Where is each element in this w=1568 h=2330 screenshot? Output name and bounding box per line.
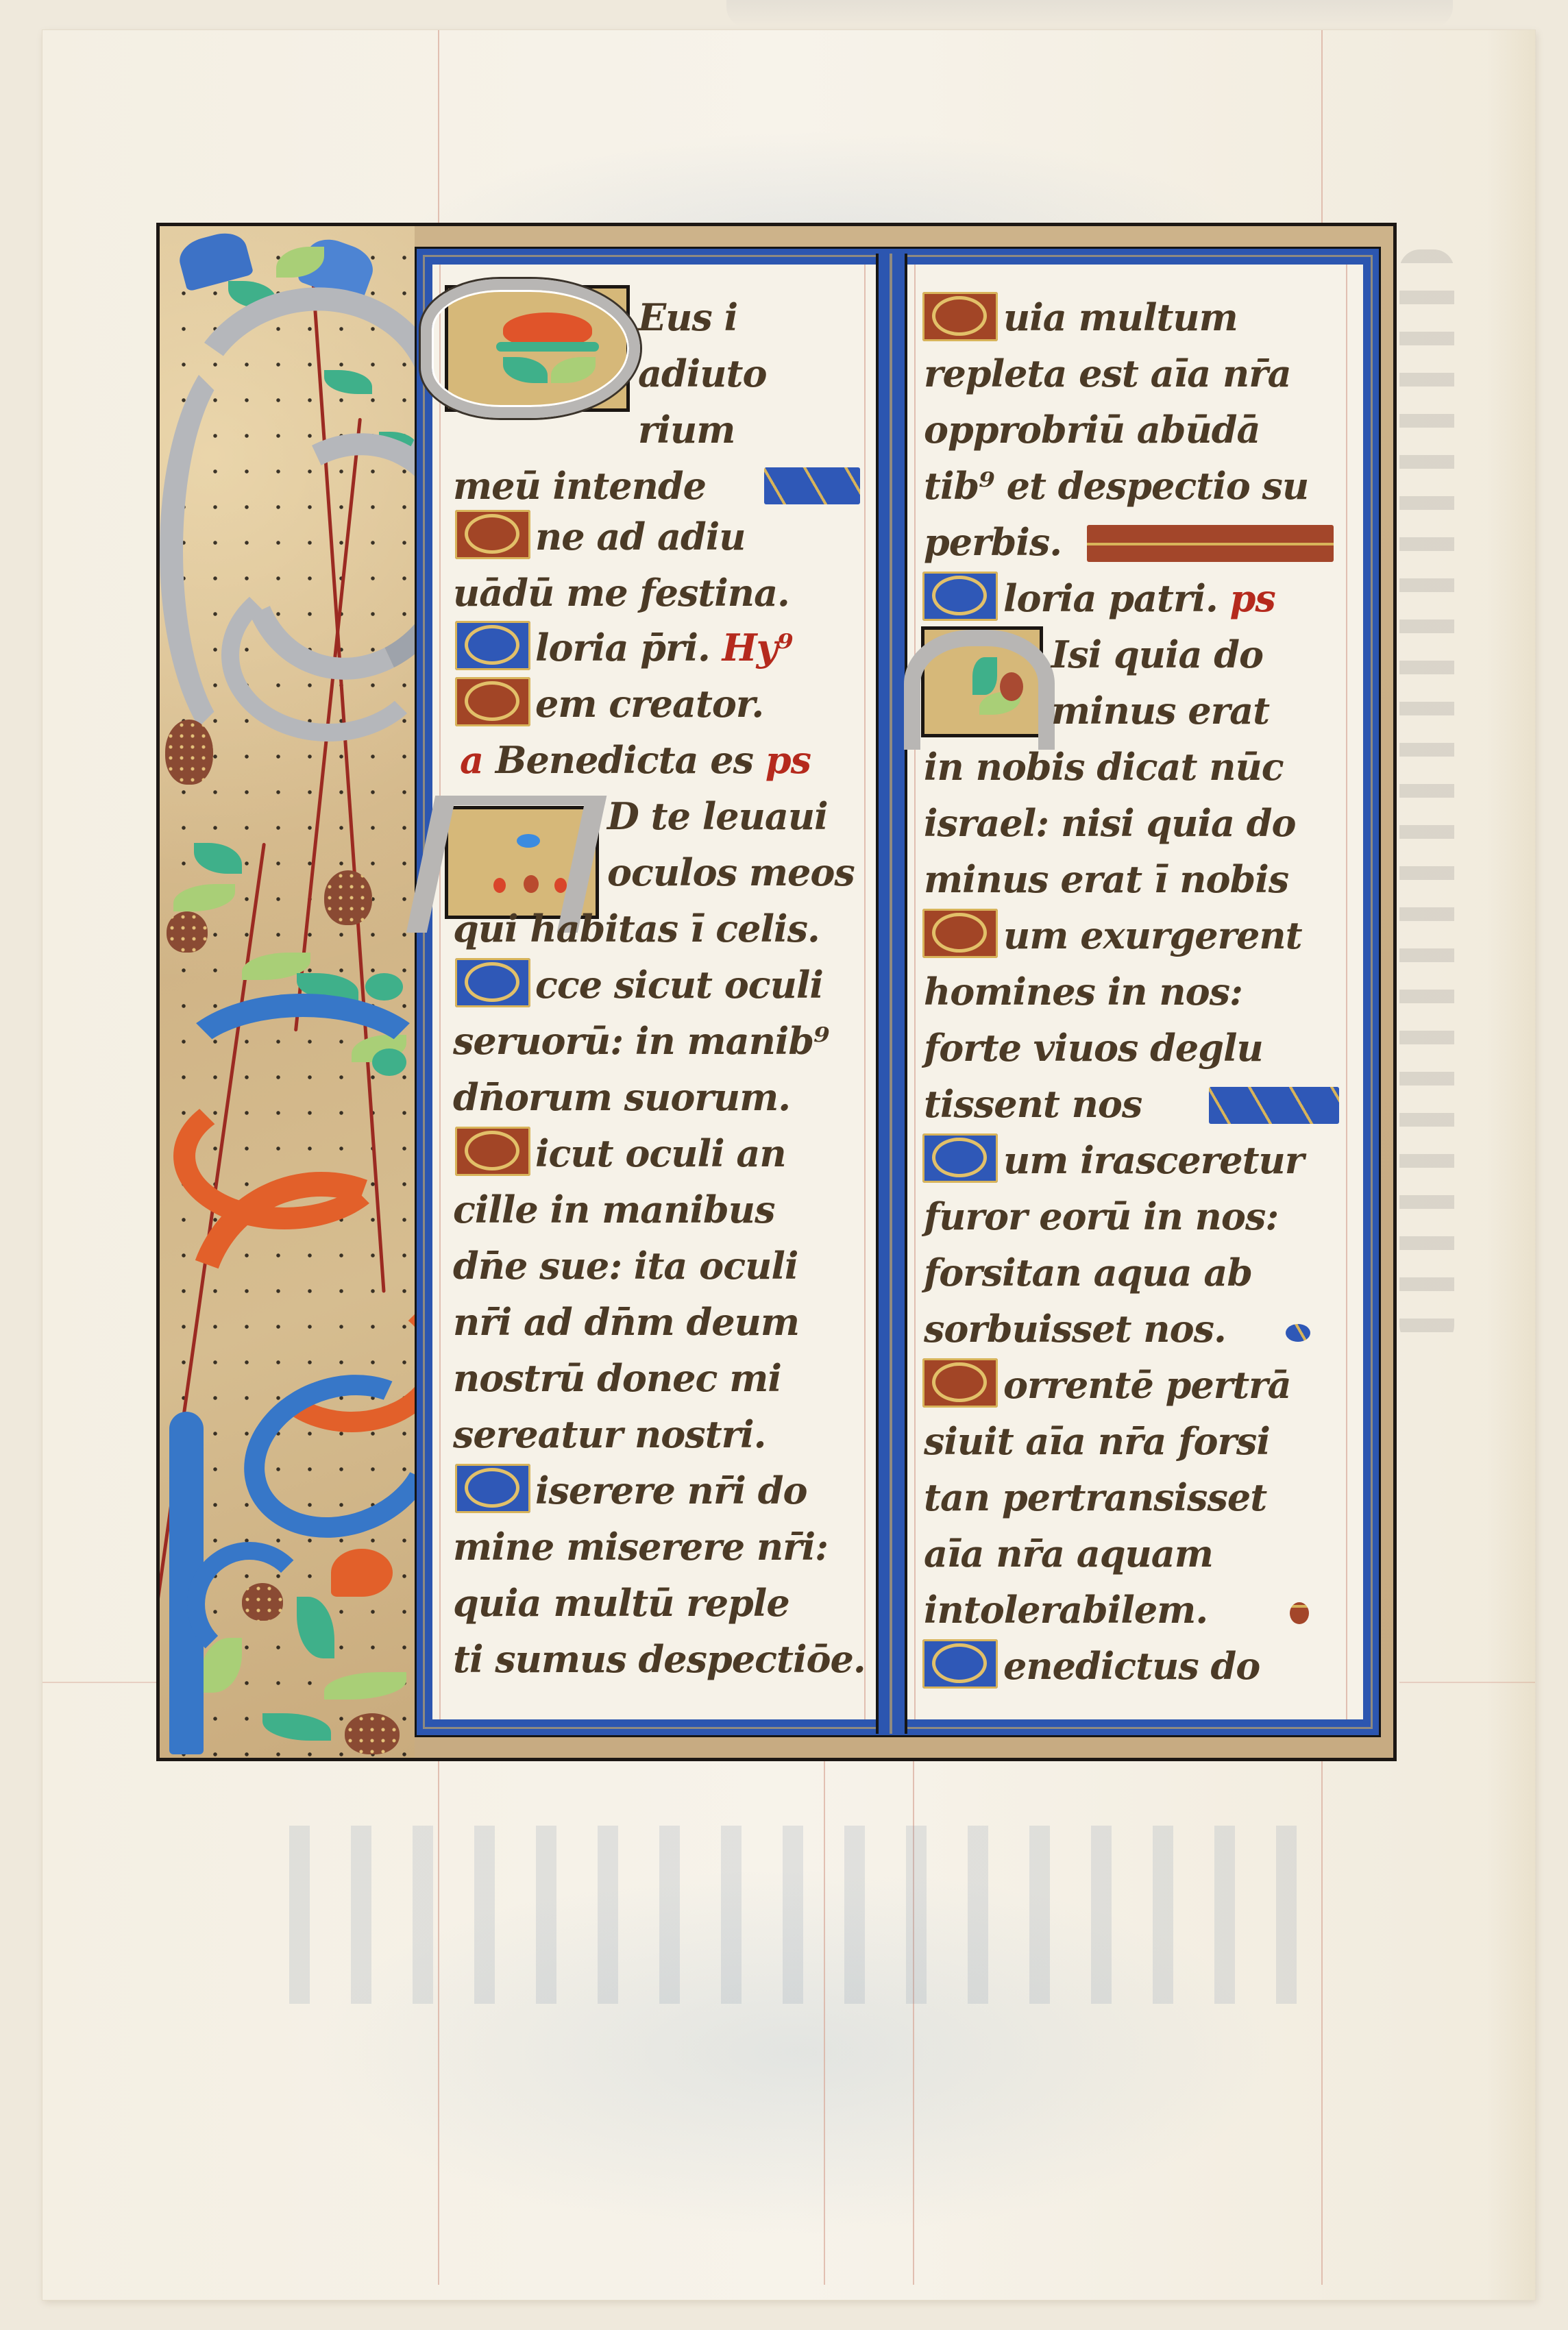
initial-b-blue xyxy=(922,1639,998,1689)
initial-t-red xyxy=(922,1358,998,1408)
text-line: dn̄e sue: ita oculi xyxy=(453,1238,798,1294)
rubric: ps xyxy=(765,738,811,782)
initial-m-blue xyxy=(455,1464,530,1513)
text-line: israel: nisi quia do xyxy=(924,795,1296,851)
text-line: homines in nos: xyxy=(924,964,1242,1020)
pine-cone-icon xyxy=(165,720,213,785)
line-filler-dot-red xyxy=(1290,1602,1309,1624)
text-line: tissent nos xyxy=(924,1076,1142,1132)
ruling-line xyxy=(1321,30,1323,229)
text-segment: Benedicta es xyxy=(495,738,753,782)
text-line: um irasceretur xyxy=(1003,1132,1303,1188)
initial-m-red xyxy=(455,677,530,726)
initial-d-red xyxy=(455,510,530,559)
text-line: D te leuaui xyxy=(607,788,828,844)
text-line: nr̄i ad dn̄m deum xyxy=(453,1294,799,1350)
text-line: tan pertransisset xyxy=(924,1469,1266,1525)
text-line: cce sicut oculi xyxy=(535,957,823,1013)
text-line: seruorū: in manib⁹ xyxy=(453,1013,829,1069)
text-line: mine miserere nr̄i: xyxy=(453,1519,828,1575)
text-line: cille in manibus xyxy=(453,1181,774,1238)
text-line: intolerabilem. xyxy=(924,1582,1208,1638)
column-divider xyxy=(876,254,907,1734)
text-line: iserere nr̄i do xyxy=(535,1462,807,1519)
illuminated-initial-d xyxy=(445,285,630,412)
text-line: repleta est aīa nr̄a xyxy=(924,345,1291,402)
show-through-border xyxy=(1399,249,1454,1346)
jewel-icon xyxy=(493,878,506,893)
ruling-line xyxy=(914,265,916,1719)
text-line: orrentē pertrā xyxy=(1003,1357,1291,1413)
ruling-line xyxy=(42,1682,159,1683)
text-line: enedictus do xyxy=(1003,1638,1260,1694)
text-line: forte viuos deglu xyxy=(924,1020,1263,1076)
text-line: em creator. xyxy=(535,676,763,732)
line-filler-red xyxy=(1087,525,1334,562)
decorated-border xyxy=(160,226,415,1758)
text-line: sereatur nostri. xyxy=(453,1406,765,1462)
jewel-icon xyxy=(517,834,540,848)
ruling-line xyxy=(1346,265,1347,1719)
mount-shadow xyxy=(726,0,1453,27)
pine-cone-icon xyxy=(167,911,208,953)
text-line: perbis. xyxy=(924,514,1062,570)
text-line: loria p̄ri. Hy⁹ xyxy=(535,620,793,676)
text-line: uādū me festina. xyxy=(453,565,789,621)
text-line: dn̄orum suorum. xyxy=(453,1069,790,1125)
rubric: a xyxy=(460,738,483,782)
flower-collar xyxy=(496,342,599,352)
text-column-right: uia multum repleta est aīa nr̄a opprobri… xyxy=(907,265,1363,1719)
text-segment: loria patri. xyxy=(1003,576,1218,620)
ruling-line xyxy=(864,265,866,1719)
initial-e-blue xyxy=(455,958,530,1007)
cherry-icon xyxy=(1000,672,1023,701)
text-line: furor eorū in nos: xyxy=(924,1188,1278,1244)
text-line: siuit aīa nr̄a forsi xyxy=(924,1413,1270,1469)
text-line: aīa nr̄a aquam xyxy=(924,1525,1213,1582)
text-line: forsitan aqua ab xyxy=(924,1244,1252,1301)
rubric: Hy⁹ xyxy=(722,626,793,670)
ruling-line xyxy=(1399,1682,1535,1683)
leaf-icon xyxy=(972,657,997,695)
initial-c-red xyxy=(922,909,998,958)
text-column-left: Eus i adiuto rium meū intende ne ad adiu… xyxy=(432,265,876,1719)
initial-s-red xyxy=(455,1127,530,1176)
strawberry-icon xyxy=(331,1549,393,1597)
text-line: in nobis dicat nūc xyxy=(924,739,1284,795)
text-line: meū intende xyxy=(453,458,706,514)
text-line: qui habitas ī celis. xyxy=(453,900,820,957)
line-filler-blue xyxy=(764,467,860,504)
text-segment: loria p̄ri. xyxy=(535,626,710,670)
text-line: um exurgerent xyxy=(1003,907,1302,964)
text-line: quia multū reple xyxy=(453,1575,789,1631)
line-filler-dot-blue xyxy=(1286,1324,1310,1342)
text-line: opprobriū abūdā xyxy=(924,402,1260,458)
text-line: ne ad adiu xyxy=(535,508,746,565)
text-line: minus erat ī nobis xyxy=(924,851,1288,907)
text-line: icut oculi an xyxy=(535,1125,786,1181)
ruling-line xyxy=(1321,1757,1323,2285)
jewel-icon xyxy=(554,878,567,893)
text-line: oculos meos xyxy=(607,844,855,900)
jewel-icon xyxy=(524,875,539,893)
ruling-line xyxy=(439,265,441,1719)
text-line: nostrū donec mi xyxy=(453,1350,781,1406)
text-line: loria patri. ps xyxy=(1003,570,1275,626)
pine-cone-icon xyxy=(324,870,372,925)
illuminated-initial-n xyxy=(921,626,1043,737)
berry-icon xyxy=(365,973,403,1001)
text-line: adiuto xyxy=(638,345,766,402)
line-filler-blue xyxy=(1209,1087,1339,1124)
initial-g-blue xyxy=(922,572,998,621)
pine-cone-icon xyxy=(345,1713,400,1754)
initial-q-red xyxy=(922,292,998,341)
rubric: ps xyxy=(1230,576,1275,620)
initial-g-blue xyxy=(455,621,530,670)
ruling-line xyxy=(438,30,439,229)
text-line: Eus i xyxy=(638,289,737,345)
initial-c-blue xyxy=(922,1133,998,1183)
text-line: uia multum xyxy=(1003,289,1238,345)
show-through-text xyxy=(289,1826,1317,2004)
text-line: minus erat xyxy=(1051,683,1269,739)
text-line: a Benedicta es ps xyxy=(460,732,811,788)
text-line: Isi quia do xyxy=(1051,626,1263,683)
blue-acanthus-scroll xyxy=(187,1542,312,1667)
text-line: sorbuisset nos. xyxy=(924,1301,1226,1357)
text-line: tib⁹ et despectio su xyxy=(924,458,1308,514)
text-line: ti sumus despectiōe. xyxy=(453,1631,866,1687)
text-line: rium xyxy=(638,402,735,458)
